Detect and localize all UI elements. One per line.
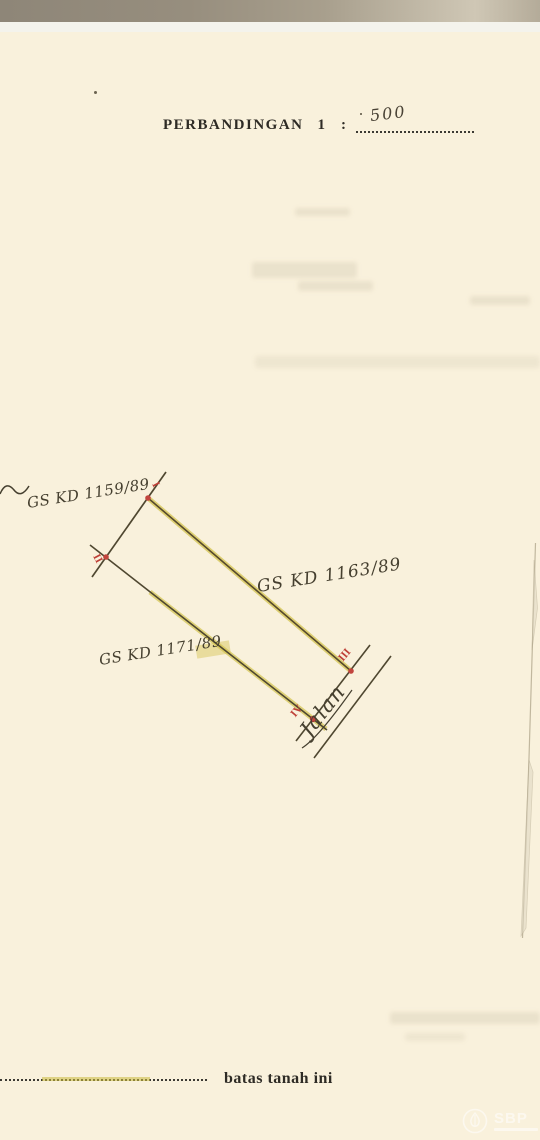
paper-fold-sliver-top — [532, 560, 538, 650]
boundary-note-label: batas tanah ini — [224, 1070, 333, 1088]
corner-point-right — [348, 668, 354, 674]
corner-marker-left: II — [90, 552, 105, 565]
boundary-label-gs-1159: GS KD 1159/89 — [26, 475, 151, 512]
watermark-emblem-icon — [460, 1106, 490, 1136]
scanned-survey-document: { "header": { "title": "PERBANDINGAN", "… — [0, 0, 540, 1140]
watermark-tagline-bar — [494, 1128, 538, 1131]
boundary-label-gs-1163: GS KD 1163/89 — [256, 554, 403, 597]
watermark-text: SBP — [494, 1111, 538, 1126]
boundary-line-highlight — [42, 1077, 150, 1081]
corner-point-top — [145, 495, 151, 501]
boundary-label-gs-1171: GS KD 1171/89 — [98, 632, 223, 669]
scanner-watermark: SBP — [460, 1106, 538, 1136]
handwriting-flourish — [0, 486, 29, 494]
parcel-sketch: I II III IV GS KD 1159/89 GS KD 1163/89 … — [0, 0, 540, 1140]
paper-fold-sliver-bottom — [521, 760, 533, 936]
